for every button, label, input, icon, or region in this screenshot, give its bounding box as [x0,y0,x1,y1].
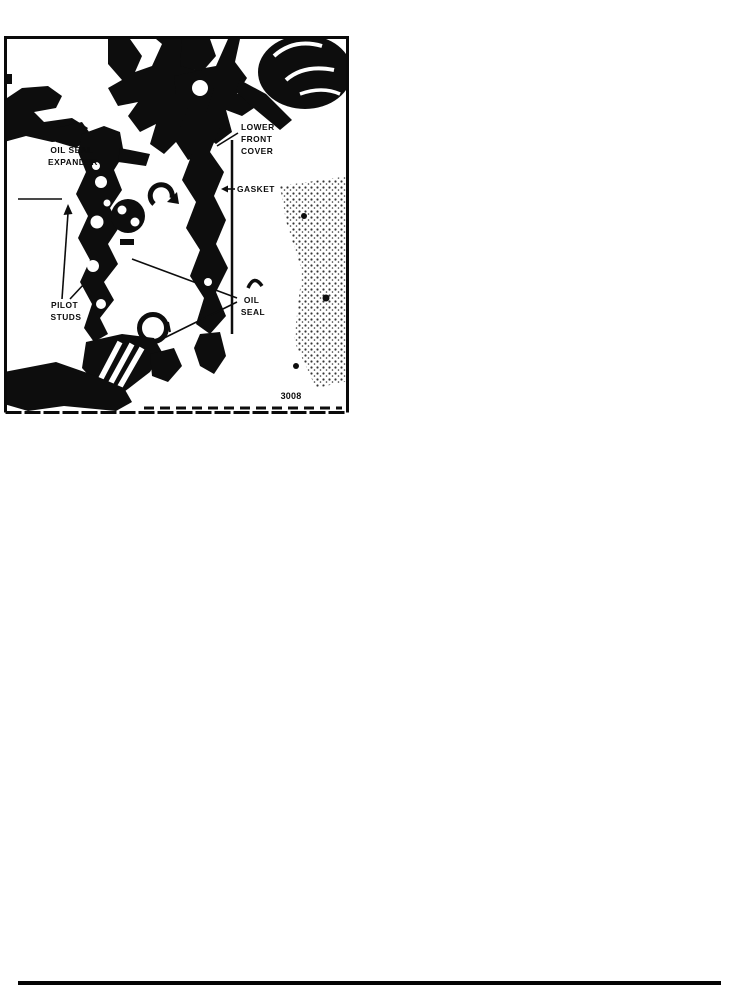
photo-number: 3008 [281,391,302,401]
footer-rule [18,981,721,985]
label-lower-front-cover: LOWER FRONT COVER [241,122,278,156]
figure-photo-illustration: LOWER FRONT COVER GASKET OIL SEAL EXPAND… [4,36,349,414]
label-gasket: GASKET [237,184,275,194]
document-page: LOWER FRONT COVER GASKET OIL SEAL EXPAND… [0,0,733,989]
figure-photo: LOWER FRONT COVER GASKET OIL SEAL EXPAND… [4,36,349,414]
